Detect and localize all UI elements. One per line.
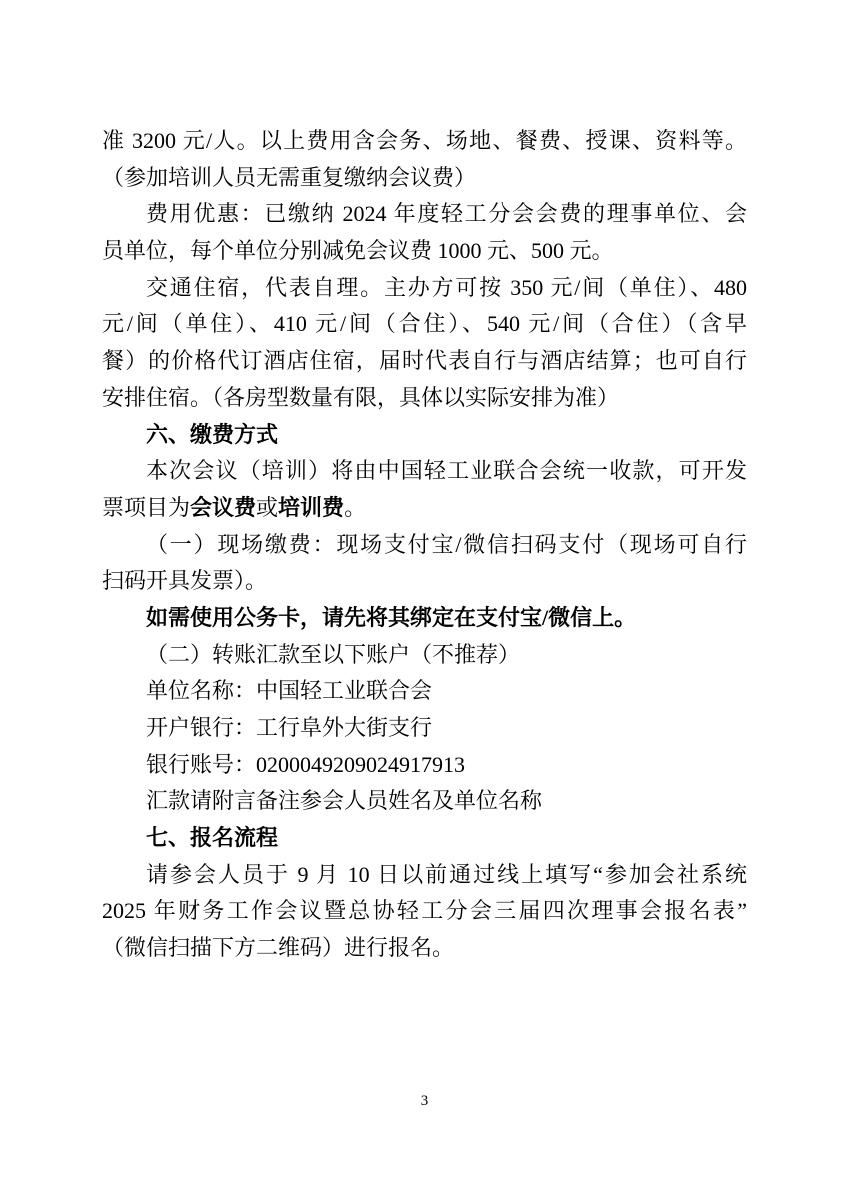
text-segment: 汇款请附言备注参会人员姓名及单位名称: [146, 788, 542, 813]
body-line: 准 3200 元/人。以上费用含会务、场地、餐费、授课、资料等。: [102, 123, 747, 160]
body-line: （一）现场缴费：现场支付宝/微信扫码支付（现场可自行: [102, 527, 747, 564]
body-line: 如需使用公务卡，请先将其绑定在支付宝/微信上。: [102, 600, 747, 637]
text-segment: 元/间（单住）、410 元/间（合住）、540 元/间（合住）（含早: [102, 311, 747, 336]
page-number: 3: [0, 1090, 849, 1112]
body-line: 餐）的价格代订酒店住宿，届时代表自行与酒店结算；也可自行: [102, 343, 747, 380]
text-segment: 开户银行：工行阜外大街支行: [146, 715, 432, 740]
body-line: 交通住宿，代表自理。主办方可按 350 元/间（单住）、480: [102, 270, 747, 307]
section-heading-6: 六、缴费方式: [102, 417, 747, 454]
body-line: 本次会议（培训）将由中国轻工业联合会统一收款，可开发: [102, 453, 747, 490]
text-segment: 七、报名流程: [146, 825, 278, 850]
text-segment: 单位名称：中国轻工业联合会: [146, 678, 432, 703]
text-segment: 费用优惠：已缴纳 2024 年度轻工分会会费的理事单位、会: [146, 201, 747, 226]
body-line: 元/间（单住）、410 元/间（合住）、540 元/间（合住）（含早: [102, 306, 747, 343]
text-segment: 。: [344, 495, 366, 520]
document-page: 准 3200 元/人。以上费用含会务、场地、餐费、授课、资料等。（参加培训人员无…: [0, 0, 849, 1200]
document-body: 准 3200 元/人。以上费用含会务、场地、餐费、授课、资料等。（参加培训人员无…: [102, 123, 747, 967]
text-segment: 如需使用公务卡，请先将其绑定在支付宝/微信上。: [146, 605, 636, 630]
text-segment: 银行账号：0200049209024917913: [146, 752, 465, 777]
body-line: 单位名称：中国轻工业联合会: [102, 673, 747, 710]
body-line: 安排住宿。（各房型数量有限，具体以实际安排为准）: [102, 380, 747, 417]
body-line: 费用优惠：已缴纳 2024 年度轻工分会会费的理事单位、会: [102, 196, 747, 233]
body-line: 2025 年财务工作会议暨总协轻工分会三届四次理事会报名表”: [102, 893, 747, 930]
text-segment: 准 3200 元/人。以上费用含会务、场地、餐费、授课、资料等。: [102, 128, 747, 153]
body-line: （二）转账汇款至以下账户（不推荐）: [102, 637, 747, 674]
text-segment: 培训费: [278, 495, 344, 520]
body-line: 票项目为会议费或培训费。: [102, 490, 747, 527]
text-segment: 员单位，每个单位分别减免会议费 1000 元、500 元。: [102, 238, 614, 263]
text-segment: 餐）的价格代订酒店住宿，届时代表自行与酒店结算；也可自行: [102, 348, 747, 373]
section-heading-7: 七、报名流程: [102, 820, 747, 857]
text-segment: 安排住宿。（各房型数量有限，具体以实际安排为准）: [102, 385, 619, 410]
text-segment: 本次会议（培训）将由中国轻工业联合会统一收款，可开发: [146, 458, 747, 483]
text-segment: 扫码开具发票）。: [102, 568, 267, 593]
text-segment: 请参会人员于 9 月 10 日以前通过线上填写“参加会社系统: [146, 862, 747, 887]
text-segment: （参加培训人员无需重复缴纳会议费）: [102, 165, 476, 190]
body-line: 汇款请附言备注参会人员姓名及单位名称: [102, 783, 747, 820]
text-segment: 六、缴费方式: [146, 422, 278, 447]
text-segment: （微信扫描下方二维码）进行报名。: [102, 935, 454, 960]
text-segment: 交通住宿，代表自理。主办方可按 350 元/间（单住）、480: [146, 275, 747, 300]
body-line: （微信扫描下方二维码）进行报名。: [102, 930, 747, 967]
body-line: （参加培训人员无需重复缴纳会议费）: [102, 160, 747, 197]
text-segment: 2025 年财务工作会议暨总协轻工分会三届四次理事会报名表”: [102, 898, 747, 923]
body-line: 员单位，每个单位分别减免会议费 1000 元、500 元。: [102, 233, 747, 270]
text-segment: 票项目为: [102, 495, 190, 520]
text-segment: 或: [256, 495, 278, 520]
body-line: 银行账号：0200049209024917913: [102, 747, 747, 784]
body-line: 扫码开具发票）。: [102, 563, 747, 600]
text-segment: （一）现场缴费：现场支付宝/微信扫码支付（现场可自行: [146, 532, 747, 557]
body-line: 请参会人员于 9 月 10 日以前通过线上填写“参加会社系统: [102, 857, 747, 894]
text-segment: （二）转账汇款至以下账户（不推荐）: [146, 642, 520, 667]
text-segment: 会议费: [190, 495, 256, 520]
body-line: 开户银行：工行阜外大街支行: [102, 710, 747, 747]
